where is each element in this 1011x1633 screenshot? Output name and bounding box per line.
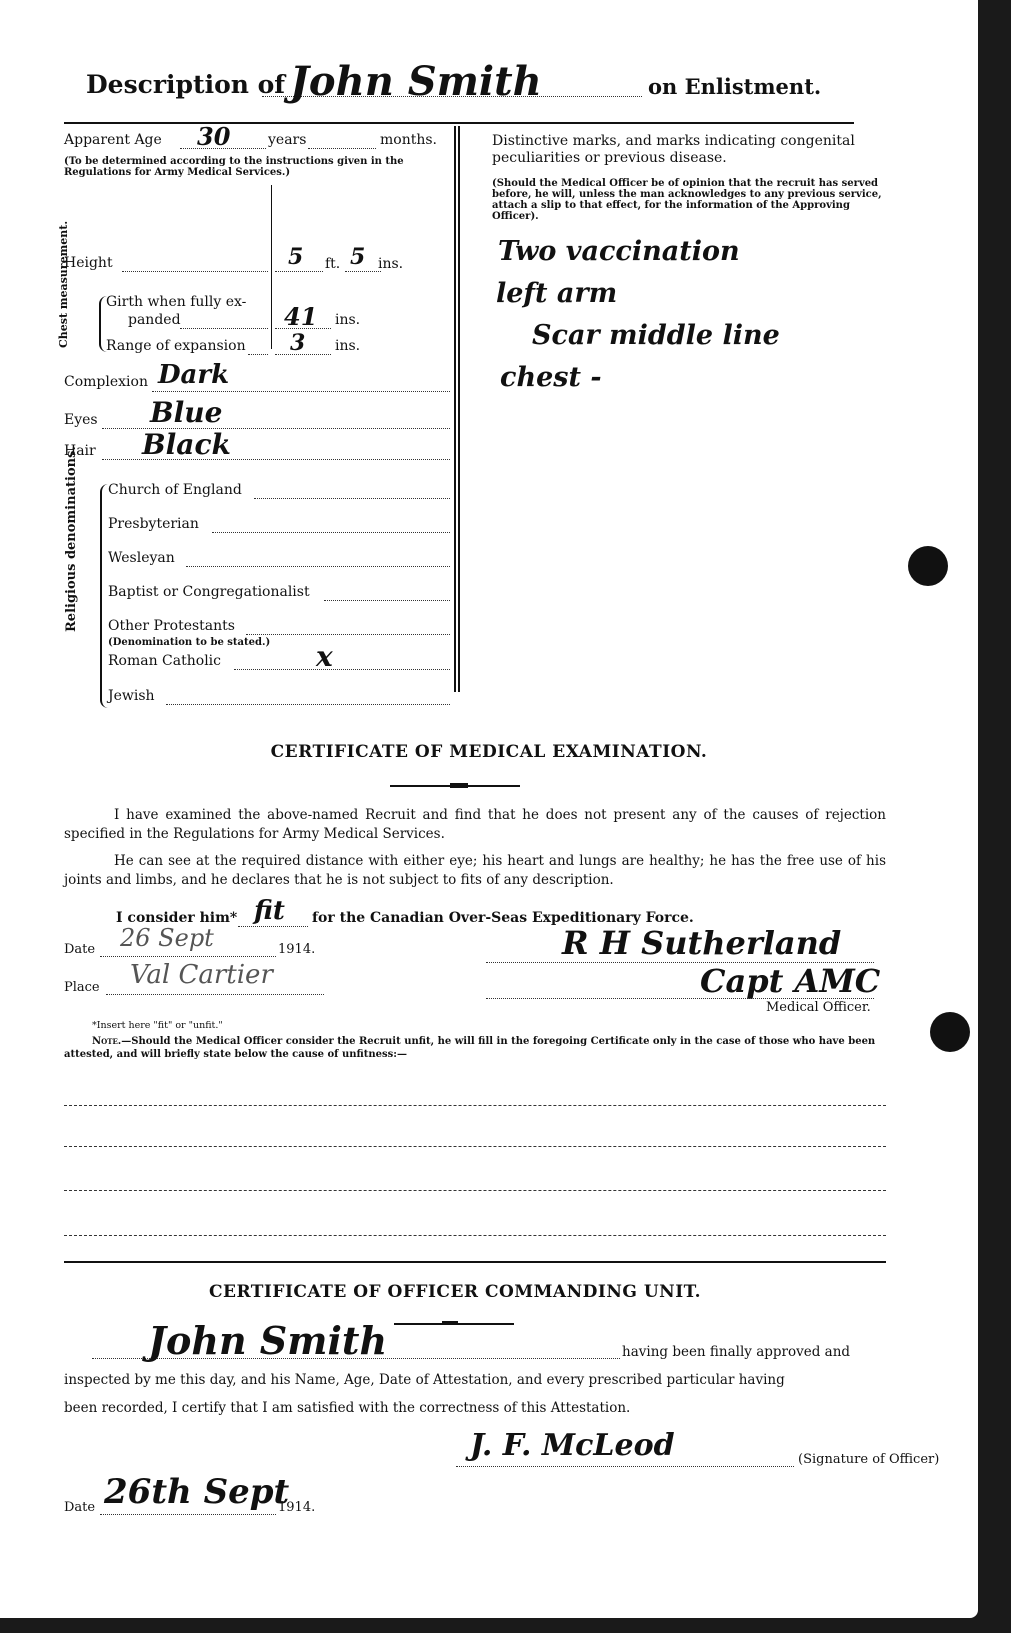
commanding-line-1: having been finally approved and — [622, 1344, 850, 1360]
commanding-date-label: Date — [64, 1500, 95, 1515]
recruit-name: John Smith — [290, 58, 542, 105]
punch-hole-top — [908, 546, 948, 586]
complexion-line — [152, 391, 450, 392]
months-line — [308, 148, 376, 149]
religion-line-roman-catholic[interactable] — [234, 669, 450, 670]
marks-heading: Distinctive marks, and marks indicating … — [492, 133, 884, 167]
title-prefix: Description of — [86, 70, 285, 99]
religion-line-wesleyan[interactable] — [186, 566, 450, 567]
commanding-line-2: inspected by me this day, and his Name, … — [64, 1372, 886, 1388]
commanding-heading-rule-center — [442, 1321, 458, 1325]
range-value: 3 — [290, 330, 305, 356]
title-suffix: on Enlistment. — [648, 74, 821, 99]
note-text: —Should the Medical Officer consider the… — [64, 1036, 875, 1060]
enlistment-form-page: Description of John Smith on Enlistment.… — [0, 0, 978, 1618]
age-label: Apparent Age — [64, 132, 162, 148]
height-line — [122, 271, 268, 272]
chest-label: Chest measurement. — [58, 278, 70, 348]
commanding-heading: CERTIFICATE OF OFFICER COMMANDING UNIT. — [0, 1282, 910, 1302]
religion-jewish: Jewish — [108, 688, 155, 704]
range-line — [248, 354, 268, 355]
girth-value: 41 — [284, 302, 317, 331]
commanding-date-value: 26th Sept — [104, 1472, 289, 1512]
marks-note: (Should the Medical Officer be of opinio… — [492, 178, 884, 222]
marks-line-3: Scar middle line — [532, 320, 780, 351]
place-label: Place — [64, 980, 100, 995]
signature-of-officer-label: (Signature of Officer) — [798, 1452, 939, 1467]
girth-label-1: Girth when fully ex- — [106, 294, 246, 310]
commanding-signature: J. F. McLeod — [470, 1428, 675, 1463]
eyes-value: Blue — [150, 396, 222, 429]
punch-hole-bottom — [930, 1012, 970, 1052]
age-note: (To be determined according to the instr… — [64, 156, 454, 178]
unfitness-line-3[interactable] — [64, 1190, 886, 1191]
religion-baptist: Baptist or Congregationalist — [108, 584, 310, 600]
months-label: months. — [380, 132, 437, 148]
fit-line — [238, 926, 308, 927]
place-line — [106, 994, 324, 995]
girth-ins: ins. — [335, 312, 360, 328]
other-denomination-note: (Denomination to be stated.) — [108, 637, 270, 648]
height-in-value: 5 — [350, 244, 365, 270]
medical-date-line — [100, 956, 276, 957]
religion-wesleyan: Wesleyan — [108, 550, 175, 566]
height-ft-value: 5 — [288, 244, 303, 270]
years-label: years — [268, 132, 306, 148]
religion-line-other-protestants[interactable] — [246, 634, 450, 635]
commanding-line-3: been recorded, I certify that I am satis… — [64, 1400, 630, 1416]
marks-line-4: chest - — [500, 362, 602, 393]
column-divider — [454, 126, 456, 692]
religion-presbyterian: Presbyterian — [108, 516, 199, 532]
medical-officer-label: Medical Officer. — [766, 1000, 871, 1015]
note-label: Note. — [92, 1036, 121, 1047]
medical-date-label: Date — [64, 942, 95, 957]
medical-para-1: I have examined the above-named Recruit … — [64, 806, 886, 844]
eyes-label: Eyes — [64, 412, 98, 428]
fit-value: fit — [254, 896, 285, 926]
place-value: Val Cartier — [130, 960, 273, 990]
girth-label-2: panded — [128, 312, 181, 328]
unfitness-line-1[interactable] — [64, 1105, 886, 1106]
marks-line-1: Two vaccination — [498, 236, 740, 267]
religion-line-presbyterian[interactable] — [212, 532, 450, 533]
unfitness-line-2[interactable] — [64, 1146, 886, 1147]
religion-line-church-of-england[interactable] — [254, 498, 450, 499]
commanding-name-value: John Smith — [148, 1318, 387, 1363]
religion-line-baptist[interactable] — [324, 600, 450, 601]
commanding-signature-line — [456, 1466, 794, 1467]
range-ins: ins. — [335, 338, 360, 354]
girth-line — [180, 328, 268, 329]
medical-date-year: 1914. — [278, 942, 315, 957]
commanding-date-year: 1914. — [278, 1500, 315, 1515]
measure-divider — [271, 185, 272, 349]
religion-brace — [100, 484, 108, 708]
height-label: Height — [64, 255, 113, 271]
complexion-label: Complexion — [64, 374, 148, 390]
column-divider-double — [458, 126, 460, 692]
medical-signature: R H Sutherland — [562, 924, 841, 962]
religion-other-protestants: Other Protestants — [108, 618, 235, 634]
medical-para-2: He can see at the required distance with… — [64, 852, 886, 890]
range-label: Range of expansion — [106, 338, 246, 354]
complexion-value: Dark — [158, 360, 229, 390]
religion-line-jewish[interactable] — [166, 704, 450, 705]
medical-note: Note.—Should the Medical Officer conside… — [64, 1035, 886, 1061]
header-rule — [64, 122, 854, 124]
height-in-line — [345, 271, 381, 272]
roman-catholic-mark: x — [316, 640, 333, 673]
religion-church-of-england: Church of England — [108, 482, 242, 498]
medical-heading-rule-center — [450, 783, 468, 788]
medical-heading: CERTIFICATE OF MEDICAL EXAMINATION. — [0, 742, 978, 762]
fit-footnote: *Insert here "fit" or "unfit." — [92, 1020, 223, 1031]
marks-line-2: left arm — [496, 278, 617, 309]
ft-label: ft. — [325, 256, 340, 272]
ins-label: ins. — [378, 256, 403, 272]
section-rule — [64, 1261, 886, 1263]
religion-label: Religious denominations. — [64, 502, 79, 632]
medical-date-value: 26 Sept — [120, 924, 214, 952]
medical-rank: Capt AMC — [700, 962, 880, 1000]
commanding-date-line — [100, 1514, 276, 1515]
religion-roman-catholic: Roman Catholic — [108, 653, 221, 669]
age-value: 30 — [197, 122, 230, 151]
unfitness-line-4[interactable] — [64, 1235, 886, 1236]
hair-value: Black — [142, 428, 231, 461]
height-ft-line — [275, 271, 323, 272]
